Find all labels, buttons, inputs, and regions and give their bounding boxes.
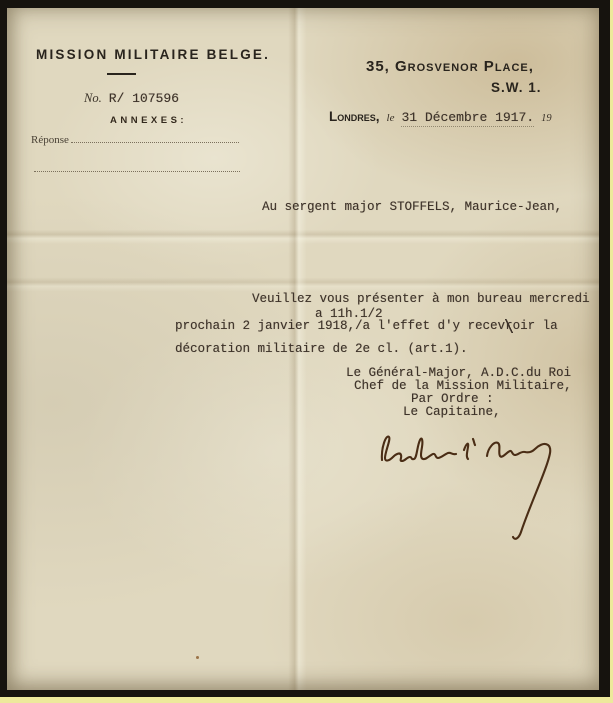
closing-line-3: Par Ordre : (411, 392, 494, 406)
reference-number-value: R/ 107596 (109, 91, 179, 106)
typewriter-strikeout: r (505, 319, 513, 333)
scan-border: MISSION MILITAIRE BELGE. No. R/ 107596 A… (0, 0, 610, 697)
body-line-2-after: oir la (513, 319, 558, 333)
date-line: Londres, le 31 Décembre 1917. 19 (329, 109, 552, 127)
closing-line-2: Chef de la Mission Militaire, (354, 379, 572, 393)
body-line-2-before: prochain 2 janvier 1918,/a l'effet d'y r… (175, 319, 505, 333)
body-line-3: décoration militaire de 2e cl. (art.1). (175, 342, 468, 356)
handwritten-signature (372, 424, 567, 549)
city-label: Londres, (329, 109, 380, 124)
closing-line-4: Le Capitaine, (403, 405, 501, 419)
le-label: le (387, 112, 395, 124)
reponse-line: Réponse (31, 134, 239, 146)
letter-content: MISSION MILITAIRE BELGE. No. R/ 107596 A… (0, 0, 610, 697)
paper-speck (196, 656, 199, 659)
org-title-rule (107, 73, 136, 75)
scanned-letter-page: MISSION MILITAIRE BELGE. No. R/ 107596 A… (0, 0, 613, 703)
printed-year-prefix: 19 (541, 113, 552, 124)
reference-number-label: No. (84, 91, 102, 106)
typed-date: 31 Décembre 1917. (401, 110, 534, 127)
annexes-label: ANNEXES: (110, 115, 187, 126)
dotted-rule (34, 163, 240, 172)
sender-address-line2: S.W. 1. (491, 80, 542, 95)
recipient-line: Au sergent major STOFFELS, Maurice-Jean, (262, 200, 562, 214)
body-line-2: prochain 2 janvier 1918,/a l'effet d'y r… (175, 319, 558, 333)
org-title: MISSION MILITAIRE BELGE. (36, 47, 270, 62)
closing-line-1: Le Général-Major, A.D.C.du Roi (346, 366, 571, 380)
sender-address-line1: 35, Grosvenor Place, (366, 58, 534, 75)
reference-number-line: No. R/ 107596 (84, 91, 179, 106)
dotted-leader (71, 141, 239, 143)
reponse-label: Réponse (31, 134, 69, 146)
body-line-1: Veuillez vous présenter à mon bureau mer… (252, 292, 590, 306)
